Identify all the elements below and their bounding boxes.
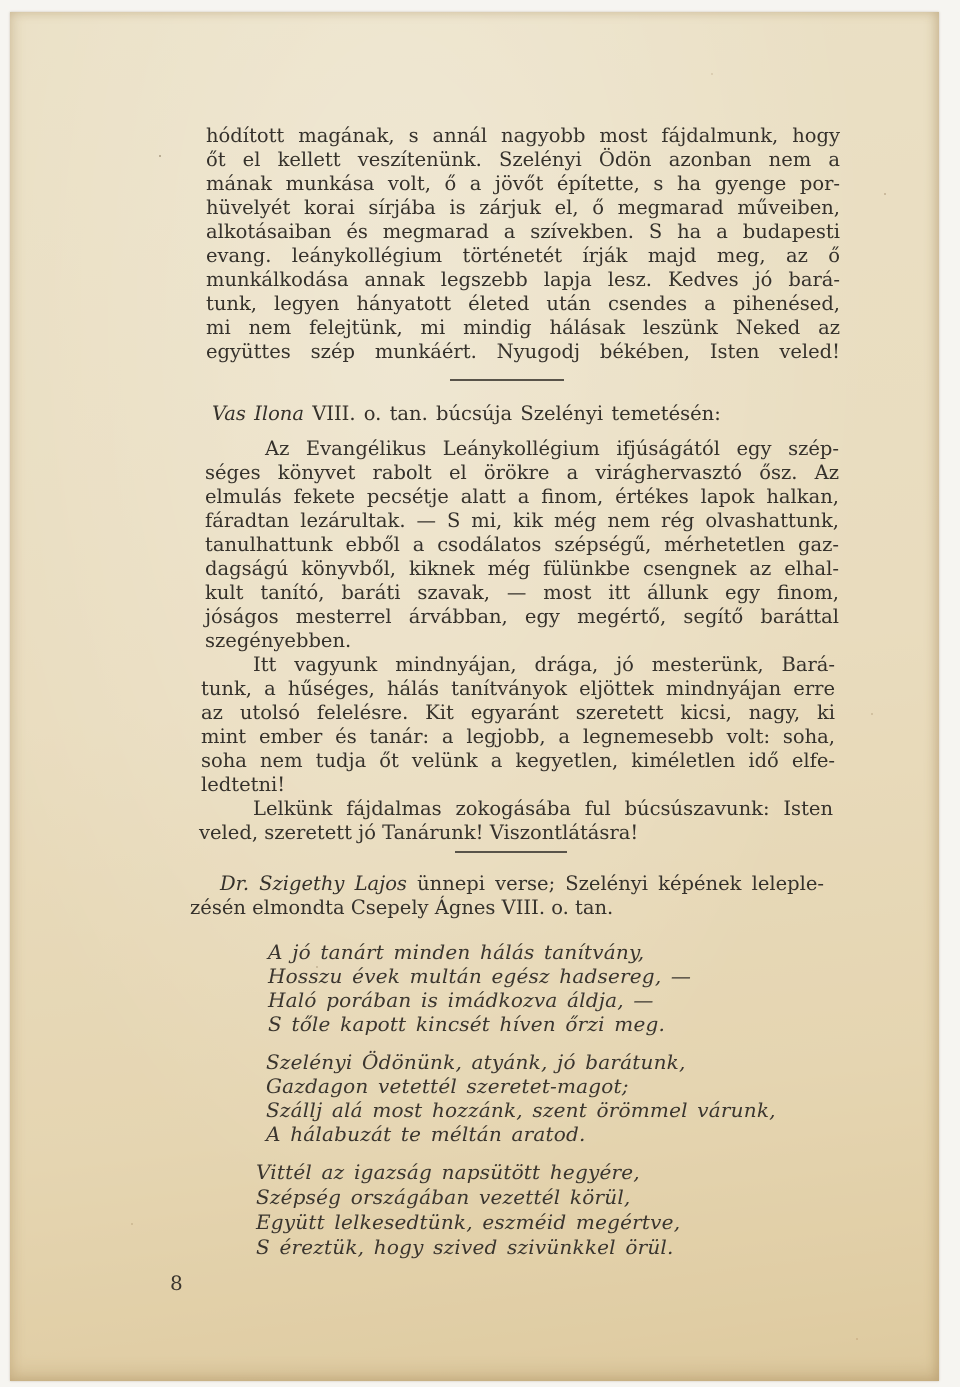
poem-stanza-2: Szelényi Ödönünk, atyánk, jó barátunk, G… bbox=[266, 1050, 776, 1146]
farewell-heading: Vas Ilona VIII. o. tan. búcsúja Szelényi… bbox=[212, 402, 721, 426]
text-line: fáradtan lezárultak. — S mi, kik még nem… bbox=[205, 509, 839, 533]
section-divider bbox=[450, 379, 564, 381]
poem-line: Vittél az igazság napsütött hegyére, bbox=[256, 1160, 680, 1185]
text-line: hódított magának, s annál nagyobb most f… bbox=[206, 124, 840, 148]
speaker-name: Vas Ilona bbox=[212, 402, 312, 425]
text-line: mint ember és tanár: a legjobb, a legnem… bbox=[201, 725, 835, 749]
body-paragraph-1: hódított magának, s annál nagyobb most f… bbox=[206, 124, 840, 364]
body-paragraph-4: Lelkünk fájdalmas zokogásába ful búcsúsz… bbox=[199, 797, 833, 845]
body-paragraph-2: Az Evangélikus Leánykollégium ifjúságátó… bbox=[205, 437, 839, 653]
text-line: alkotásaiban és megmarad a szívekben. S … bbox=[206, 220, 840, 244]
page-content: hódított magának, s annál nagyobb most f… bbox=[0, 0, 960, 1387]
section-divider bbox=[455, 851, 567, 853]
text-line: dagságú könyvből, kiknek még fülünkbe cs… bbox=[205, 557, 839, 581]
text-line: Dr. Szigethy Lajos ünnepi verse; Szelény… bbox=[190, 872, 824, 896]
text-line: az utolsó felelésre. Kit egyaránt szeret… bbox=[201, 701, 835, 725]
text-line: elmulás fekete pecsétje alatt a finom, é… bbox=[205, 485, 839, 509]
text-line: tunk, legyen hányatott életed után csend… bbox=[206, 292, 840, 316]
text-line: tunk, a hűséges, hálás tanítványok eljöt… bbox=[201, 677, 835, 701]
poem-line: A hálabuzát te méltán aratod. bbox=[266, 1122, 776, 1146]
author-name: Dr. Szigethy Lajos bbox=[220, 872, 407, 895]
poem-line: S tőle kapott kincsét híven őrzi meg. bbox=[268, 1012, 691, 1036]
text-line: munkálkodása annak legszebb lapja lesz. … bbox=[206, 268, 840, 292]
poem-line: Együtt lelkesedtünk, eszméid megértve, bbox=[256, 1210, 680, 1235]
text-line: mi nem felejtünk, mi mindig hálásak lesz… bbox=[206, 316, 840, 340]
text-line: soha nem tudja őt velünk a kegyetlen, ki… bbox=[201, 749, 835, 773]
text-line: veled, szeretett jó Tanárunk! Viszontlát… bbox=[199, 821, 833, 845]
text-line: zésén elmondta Csepely Ágnes VIII. o. ta… bbox=[190, 896, 824, 920]
text-line: kult tanító, baráti szavak, — most itt á… bbox=[205, 581, 839, 605]
text-line: evang. leánykollégium történetét írják m… bbox=[206, 244, 840, 268]
heading-rest: VIII. o. tan. búcsúja Szelényi temetésén… bbox=[312, 402, 721, 425]
text-line: őt el kellett veszítenünk. Szelényi Ödön… bbox=[206, 148, 840, 172]
text-line: hüvelyét korai sírjába is zárjuk el, ő m… bbox=[206, 196, 840, 220]
poem-line: Haló porában is imádkozva áldja, — bbox=[268, 988, 691, 1012]
poem-stanza-3: Vittél az igazság napsütött hegyére, Szé… bbox=[256, 1160, 680, 1260]
text-line: szegényebben. bbox=[205, 629, 839, 653]
poem-line: A jó tanárt minden hálás tanítvány, bbox=[268, 940, 691, 964]
text-line: ledtetni! bbox=[201, 773, 835, 797]
poem-line: Hosszu évek multán egész hadsereg, — bbox=[268, 964, 691, 988]
line-rest: ünnepi verse; Szelényi képének leleple- bbox=[407, 872, 824, 895]
body-paragraph-3: Itt vagyunk mindnyájan, drága, jó mester… bbox=[201, 653, 835, 797]
text-line: együttes szép munkáért. Nyugodj békében,… bbox=[206, 340, 840, 364]
poem-line: Szelényi Ödönünk, atyánk, jó barátunk, bbox=[266, 1050, 776, 1074]
body-paragraph-5: Dr. Szigethy Lajos ünnepi verse; Szelény… bbox=[190, 872, 824, 920]
text-line: Itt vagyunk mindnyájan, drága, jó mester… bbox=[201, 653, 835, 677]
text-line: Az Evangélikus Leánykollégium ifjúságátó… bbox=[205, 437, 839, 461]
text-line: tanulhattunk ebből a csodálatos szépségű… bbox=[205, 533, 839, 557]
text-line: jóságos mesterrel árvábban, egy megértő,… bbox=[205, 605, 839, 629]
poem-line: Gazdagon vetettél szeretet-magot; bbox=[266, 1074, 776, 1098]
text-line: mának munkása volt, ő a jövőt építette, … bbox=[206, 172, 840, 196]
poem-stanza-1: A jó tanárt minden hálás tanítvány, Hoss… bbox=[268, 940, 691, 1036]
text-line: Lelkünk fájdalmas zokogásába ful búcsúsz… bbox=[199, 797, 833, 821]
page-number: 8 bbox=[170, 1271, 183, 1295]
poem-line: S éreztük, hogy szived szivünkkel örül. bbox=[256, 1235, 680, 1260]
text-line: séges könyvet rabolt el örökre a virághe… bbox=[205, 461, 839, 485]
poem-line: Szépség országában vezettél körül, bbox=[256, 1185, 680, 1210]
poem-line: Szállj alá most hozzánk, szent örömmel v… bbox=[266, 1098, 776, 1122]
